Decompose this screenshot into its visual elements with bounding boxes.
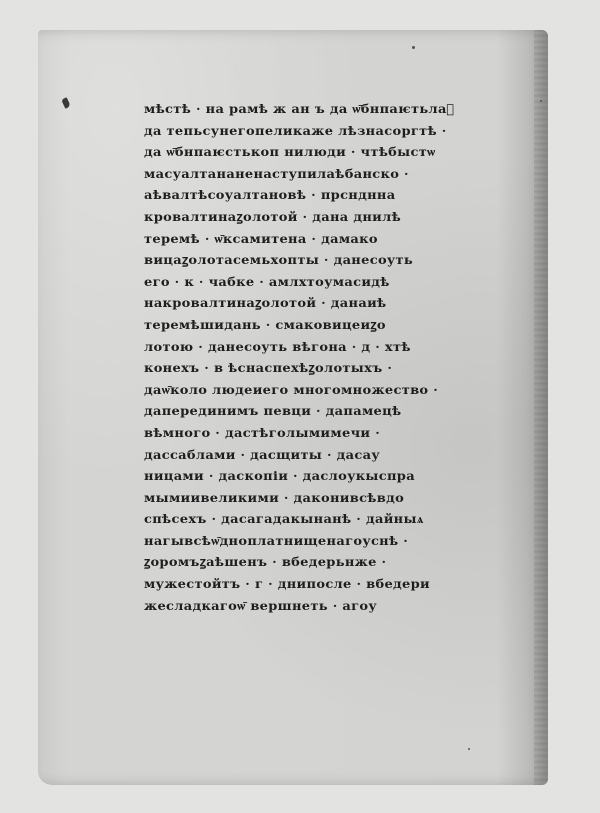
text-line: даперединимъ певци · дапамецѣ [144,400,531,422]
text-line: даѡ̄коло людеиего многомножество · [144,379,531,401]
text-line: мымиивеликими · даконивсѣвдо [144,487,531,509]
manuscript-text: мѣстѣ · на рамѣ ж ан ъ да ѡ̄бнпаѥтьлаⷩ д… [144,98,516,616]
text-line: его · к · чабке · амлхтоумасидѣ [144,271,531,293]
text-line: кровалтинаꙁолотой · дана днилѣ [144,206,531,228]
text-line: аѣвалтѣсоуалтановѣ · прснднна [144,184,531,206]
text-line: спѣсехъ · дасагадакынанѣ · дайныѧ [144,508,531,530]
text-line: жесладкагоѡ̄ вершнеть · агоу [144,595,531,617]
text-line: дассаблами · дасщиты · дасау [144,444,531,466]
text-line: да тепьсунегопеликаже лѣзнасоргтѣ · [144,120,531,142]
text-line: лотою · данесоуть вѣгона · д · хтѣ [144,336,531,358]
text-line: вѣмного · дастѣголымимечи · [144,422,531,444]
text-line: ницами · даскопіи · даслоукыспра [144,465,531,487]
text-line: теремѣшидань · смаковицеиꙁо [144,314,531,336]
ink-speck [412,46,415,49]
text-line: накровалтинаꙁолотой · данаиѣ [144,292,531,314]
text-line: нагывсѣѡ̄дноплатнищенагоуснѣ · [144,530,531,552]
text-line: масуалтананенаступилаѣбанско · [144,163,531,185]
text-line: теремѣ · ѡ̄ксамитена · дамако [144,228,531,250]
ink-speck [540,100,542,102]
text-line: да ѡ̄бнпаѥстькоп нилюди · чтѣбыстѡ [144,141,531,163]
text-line: конехъ · в ѣснаспехѣꙁолотыхъ · [144,357,531,379]
text-line: мужестойтъ · г · днипосле · вбедери [144,573,531,595]
text-line: ꙁоромъꙁаѣшенъ · вбедерьнже · [144,551,531,573]
ink-speck [468,748,470,750]
text-line: вицаꙁолотасемьхопты · данесоуть [144,249,531,271]
text-line: мѣстѣ · на рамѣ ж ан ъ да ѡ̄бнпаѥтьлаⷩ [144,98,531,120]
facsimile-scan: мѣстѣ · на рамѣ ж ан ъ да ѡ̄бнпаѥтьлаⷩ д… [0,0,600,813]
